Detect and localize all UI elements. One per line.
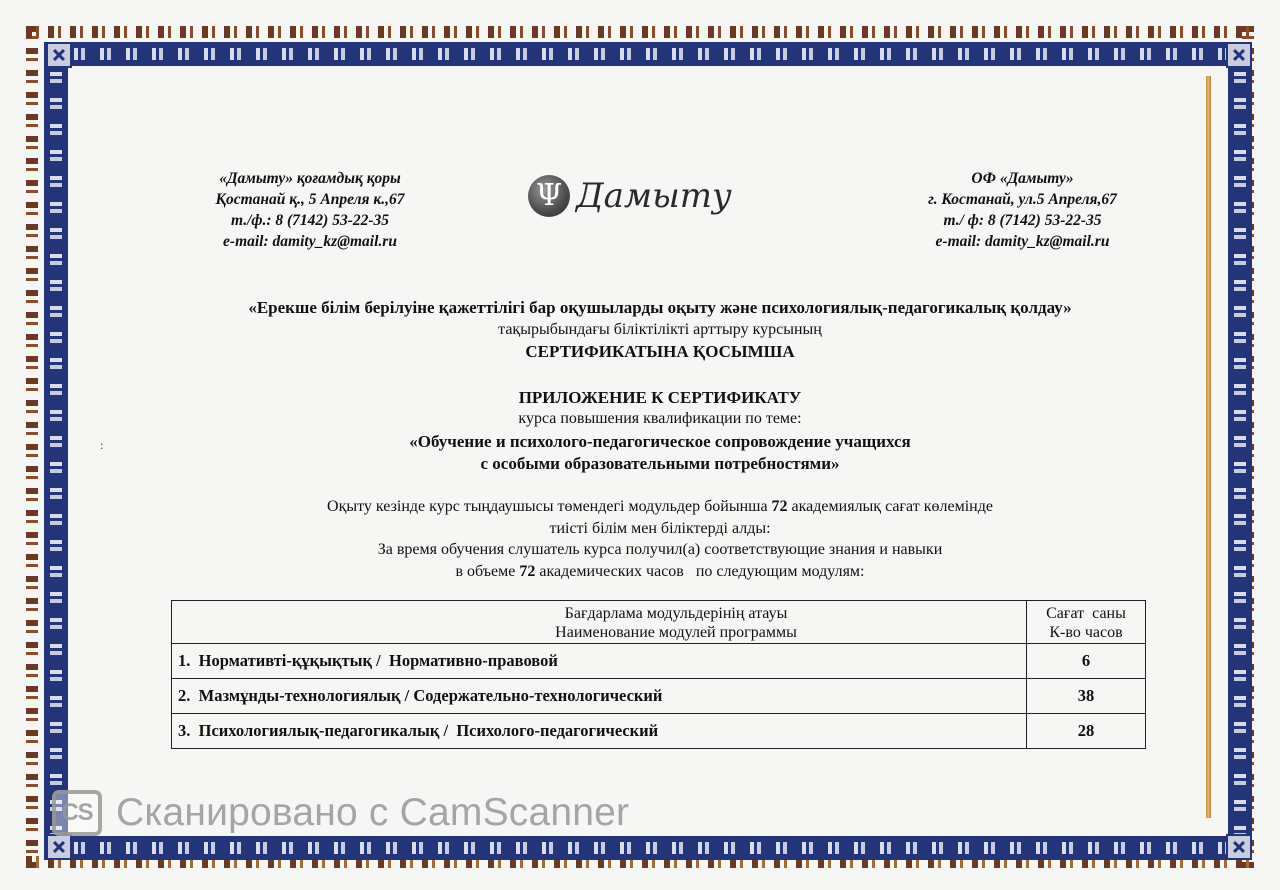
kz-course-title: «Ерекше білім берілуіне қажеттілігі бар … [120,298,1200,318]
info-ru-line1: За время обучения слушатель курса получи… [120,539,1200,561]
logo: Ψ Дамыту [528,168,732,224]
info-text: академических часов по следующим модулям… [535,563,864,580]
table-header-row: Бағдарлама модульдерінің атауы Наименова… [172,601,1146,644]
info-text: Оқыту кезінде курс тыңдаушысы төмендегі … [327,498,772,515]
org-ru-phone: т./ ф: 8 (7142) 53-22-35 [900,210,1145,231]
info-paragraph: Оқыту кезінде курс тыңдаушысы төмендегі … [120,496,1200,582]
header-name-ru: Наименование модулей программы [332,623,1020,642]
blue-border-right [1228,42,1252,860]
modules-table: Бағдарлама модульдерінің атауы Наименова… [171,600,1146,749]
org-kz-name: «Дамыту» қоғамдық қоры [190,168,430,189]
blue-border-top [44,42,1252,66]
info-text: в объеме [455,563,519,580]
table-row: 1. Нормативті-құқықтық / Нормативно-прав… [172,644,1146,679]
blue-border-bottom [44,836,1252,860]
gold-rule [1206,76,1211,818]
org-ru-address: г. Костанай, ул.5 Апреля,67 [900,189,1145,210]
ru-topic-line1: «Обучение и психолого-педагогическое соп… [120,431,1200,453]
corner-ornament-icon [1226,834,1252,860]
psi-icon: Ψ [528,175,570,217]
org-kz-address: Қостанай қ., 5 Апреля к.,67 [190,189,430,210]
corner-ornament-icon [1226,42,1252,68]
org-ru-name: ОФ «Дамыту» [900,168,1145,189]
header-hours-kz: Сағат саны [1033,604,1139,623]
ru-subtitle: курса повышения квалификации по теме: [120,410,1200,428]
module-hours: 38 [1027,679,1146,714]
logo-text: Дамыту [576,176,732,216]
org-kz-email: e-mail: damity_kz@mail.ru [190,231,430,252]
info-text: академиялық сағат көлемінде [788,498,993,515]
header-module-name: Бағдарлама модульдерінің атауы Наименова… [172,601,1027,644]
org-kz-phone: т./ф.: 8 (7142) 53-22-35 [190,210,430,231]
total-hours: 72 [519,563,535,580]
header-name-kz: Бағдарлама модульдерінің атауы [332,604,1020,623]
header-hours: Сағат саны К-во часов [1027,601,1146,644]
org-ru-email: e-mail: damity_kz@mail.ru [900,231,1145,252]
info-kz-line2: тиісті білім мен біліктерді алды: [120,518,1200,540]
table-row: 2. Мазмұнды-технологиялық / Содержательн… [172,679,1146,714]
table-row: 3. Психологиялық-педагогикалық / Психоло… [172,714,1146,749]
blue-border-left [44,42,68,860]
kz-subtitle: тақырыбындағы біліктілікті арттыру курсы… [120,321,1200,339]
organization-ru: ОФ «Дамыту» г. Костанай, ул.5 Апреля,67 … [900,168,1145,252]
module-name: 3. Психологиялық-педагогикалық / Психоло… [172,714,1027,749]
module-hours: 28 [1027,714,1146,749]
header-hours-ru: К-во часов [1033,623,1139,642]
kz-heading: СЕРТИФИКАТЫНА ҚОСЫМША [120,342,1200,362]
organization-kz: «Дамыту» қоғамдық қоры Қостанай қ., 5 Ап… [190,168,430,252]
module-name: 1. Нормативті-құқықтық / Нормативно-прав… [172,644,1027,679]
info-kz-line1: Оқыту кезінде курс тыңдаушысы төмендегі … [120,496,1200,518]
ru-topic: «Обучение и психолого-педагогическое соп… [120,431,1200,475]
info-ru-line2: в объеме 72 академических часов по следу… [120,561,1200,583]
camscanner-logo-icon: CS [52,790,102,836]
corner-ornament-icon [46,42,72,68]
module-hours: 6 [1027,644,1146,679]
camscanner-watermark: CS Сканировано с CamScanner [52,788,629,838]
ru-heading: ПРИЛОЖЕНИЕ К СЕРТИФИКАТУ [120,388,1200,408]
scan-specks: : [100,438,103,453]
ru-topic-line2: с особыми образовательными потребностями… [120,453,1200,475]
module-name: 2. Мазмұнды-технологиялық / Содержательн… [172,679,1027,714]
total-hours: 72 [772,498,788,515]
watermark-text: Сканировано с CamScanner [116,791,629,835]
